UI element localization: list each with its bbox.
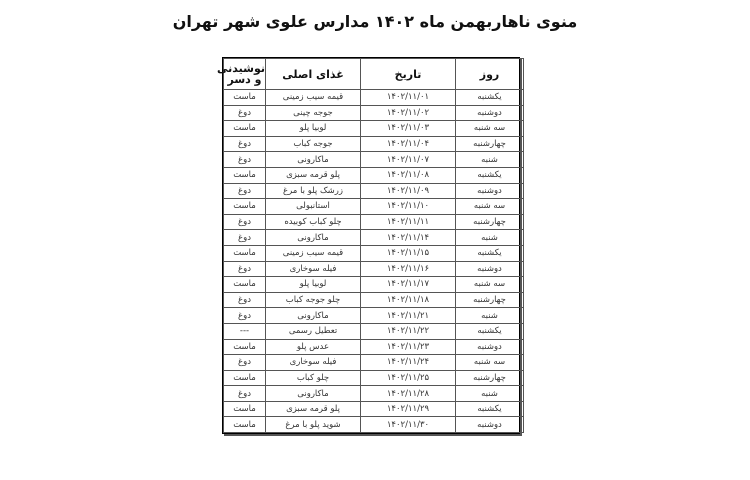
date-cell: ۱۴۰۲/۱۱/۰۲: [361, 105, 456, 121]
table-row: یکشنبه۱۴۰۲/۱۱/۰۱قیمه سیب زمینیماست: [224, 90, 524, 106]
day-cell: دوشنبه: [456, 261, 524, 277]
table-row: شنبه۱۴۰۲/۱۱/۲۱ماکارونیدوغ: [224, 308, 524, 324]
main-food-cell: لوبیا پلو: [266, 277, 361, 293]
header-date: تاریخ: [361, 59, 456, 90]
drink-cell: دوغ: [224, 105, 266, 121]
date-cell: ۱۴۰۲/۱۱/۰۳: [361, 121, 456, 137]
day-cell: یکشنبه: [456, 401, 524, 417]
table-row: یکشنبه۱۴۰۲/۱۱/۲۲تعطیل رسمی---: [224, 323, 524, 339]
date-cell: ۱۴۰۲/۱۱/۲۵: [361, 370, 456, 386]
day-cell: یکشنبه: [456, 323, 524, 339]
drink-cell: دوغ: [224, 136, 266, 152]
drink-cell: دوغ: [224, 308, 266, 324]
drink-cell: ماست: [224, 401, 266, 417]
main-food-cell: جوجه چینی: [266, 105, 361, 121]
table-row: چهارشنبه۱۴۰۲/۱۱/۱۸چلو جوجه کبابدوغ: [224, 292, 524, 308]
drink-cell: دوغ: [224, 292, 266, 308]
date-cell: ۱۴۰۲/۱۱/۲۳: [361, 339, 456, 355]
table-header-row: روز تاریخ غذای اصلی نوشیدنی و دسر: [224, 59, 524, 90]
date-cell: ۱۴۰۲/۱۱/۲۹: [361, 401, 456, 417]
table-row: سه شنبه۱۴۰۲/۱۱/۱۷لوبیا پلوماست: [224, 277, 524, 293]
table-row: چهارشنبه۱۴۰۲/۱۱/۰۴جوجه کبابدوغ: [224, 136, 524, 152]
drink-cell: ماست: [224, 370, 266, 386]
header-day: روز: [456, 59, 524, 90]
main-food-cell: فیله سوخاری: [266, 261, 361, 277]
menu-table-container: روز تاریخ غذای اصلی نوشیدنی و دسر یکشنبه…: [222, 57, 520, 434]
date-cell: ۱۴۰۲/۱۱/۱۵: [361, 245, 456, 261]
table-row: شنبه۱۴۰۲/۱۱/۱۴ماکارونیدوغ: [224, 230, 524, 246]
main-food-cell: فیله سوخاری: [266, 355, 361, 371]
day-cell: سه شنبه: [456, 277, 524, 293]
main-food-cell: جوجه کباب: [266, 136, 361, 152]
date-cell: ۱۴۰۲/۱۱/۲۸: [361, 386, 456, 402]
main-food-cell: پلو قرمه سبزی: [266, 401, 361, 417]
table-row: سه شنبه۱۴۰۲/۱۱/۰۳لوبیا پلوماست: [224, 121, 524, 137]
main-food-cell: قیمه سیب زمینی: [266, 245, 361, 261]
table-row: دوشنبه۱۴۰۲/۱۱/۱۶فیله سوخاریدوغ: [224, 261, 524, 277]
drink-cell: ---: [224, 323, 266, 339]
drink-cell: دوغ: [224, 152, 266, 168]
day-cell: شنبه: [456, 152, 524, 168]
header-main-food: غذای اصلی: [266, 59, 361, 90]
page-title: منوی ناهاربهمن ماه ۱۴۰۲ مدارس علوی شهر ت…: [0, 12, 750, 31]
drink-cell: ماست: [224, 245, 266, 261]
main-food-cell: چلو کباب کوبیده: [266, 214, 361, 230]
day-cell: دوشنبه: [456, 339, 524, 355]
date-cell: ۱۴۰۲/۱۱/۰۱: [361, 90, 456, 106]
header-drink-dessert: نوشیدنی و دسر: [224, 59, 266, 90]
table-row: چهارشنبه۱۴۰۲/۱۱/۲۵چلو کبابماست: [224, 370, 524, 386]
date-cell: ۱۴۰۲/۱۱/۰۴: [361, 136, 456, 152]
drink-cell: دوغ: [224, 214, 266, 230]
drink-cell: ماست: [224, 339, 266, 355]
drink-cell: دوغ: [224, 261, 266, 277]
table-row: دوشنبه۱۴۰۲/۱۱/۳۰شوید پلو با مرغماست: [224, 417, 524, 433]
day-cell: چهارشنبه: [456, 370, 524, 386]
drink-cell: دوغ: [224, 230, 266, 246]
drink-cell: ماست: [224, 417, 266, 433]
main-food-cell: چلو جوجه کباب: [266, 292, 361, 308]
main-food-cell: چلو کباب: [266, 370, 361, 386]
day-cell: سه شنبه: [456, 199, 524, 215]
table-row: سه شنبه۱۴۰۲/۱۱/۱۰استانبولیماست: [224, 199, 524, 215]
date-cell: ۱۴۰۲/۱۱/۲۲: [361, 323, 456, 339]
day-cell: شنبه: [456, 308, 524, 324]
date-cell: ۱۴۰۲/۱۱/۰۷: [361, 152, 456, 168]
day-cell: یکشنبه: [456, 90, 524, 106]
drink-cell: ماست: [224, 90, 266, 106]
main-food-cell: لوبیا پلو: [266, 121, 361, 137]
day-cell: دوشنبه: [456, 417, 524, 433]
date-cell: ۱۴۰۲/۱۱/۱۱: [361, 214, 456, 230]
date-cell: ۱۴۰۲/۱۱/۲۴: [361, 355, 456, 371]
date-cell: ۱۴۰۲/۱۱/۳۰: [361, 417, 456, 433]
drink-cell: ماست: [224, 167, 266, 183]
main-food-cell: ماکارونی: [266, 152, 361, 168]
day-cell: سه شنبه: [456, 121, 524, 137]
table-row: یکشنبه۱۴۰۲/۱۱/۰۸پلو قرمه سبزیماست: [224, 167, 524, 183]
main-food-cell: تعطیل رسمی: [266, 323, 361, 339]
table-row: دوشنبه۱۴۰۲/۱۱/۲۳عدس پلوماست: [224, 339, 524, 355]
main-food-cell: پلو قرمه سبزی: [266, 167, 361, 183]
main-food-cell: ماکارونی: [266, 386, 361, 402]
main-food-cell: زرشک پلو با مرغ: [266, 183, 361, 199]
table-row: دوشنبه۱۴۰۲/۱۱/۰۹زرشک پلو با مرغدوغ: [224, 183, 524, 199]
date-cell: ۱۴۰۲/۱۱/۱۶: [361, 261, 456, 277]
main-food-cell: استانبولی: [266, 199, 361, 215]
day-cell: سه شنبه: [456, 355, 524, 371]
main-food-cell: ماکارونی: [266, 230, 361, 246]
drink-cell: ماست: [224, 277, 266, 293]
table-row: شنبه۱۴۰۲/۱۱/۰۷ماکارونیدوغ: [224, 152, 524, 168]
day-cell: دوشنبه: [456, 183, 524, 199]
date-cell: ۱۴۰۲/۱۱/۲۱: [361, 308, 456, 324]
table-row: شنبه۱۴۰۲/۱۱/۲۸ماکارونیدوغ: [224, 386, 524, 402]
day-cell: شنبه: [456, 386, 524, 402]
date-cell: ۱۴۰۲/۱۱/۱۰: [361, 199, 456, 215]
main-food-cell: عدس پلو: [266, 339, 361, 355]
table-row: سه شنبه۱۴۰۲/۱۱/۲۴فیله سوخاریدوغ: [224, 355, 524, 371]
date-cell: ۱۴۰۲/۱۱/۱۴: [361, 230, 456, 246]
day-cell: شنبه: [456, 230, 524, 246]
drink-cell: دوغ: [224, 355, 266, 371]
day-cell: دوشنبه: [456, 105, 524, 121]
day-cell: یکشنبه: [456, 245, 524, 261]
lunch-menu-table: روز تاریخ غذای اصلی نوشیدنی و دسر یکشنبه…: [223, 58, 524, 433]
drink-cell: دوغ: [224, 386, 266, 402]
day-cell: چهارشنبه: [456, 214, 524, 230]
table-body: یکشنبه۱۴۰۲/۱۱/۰۱قیمه سیب زمینیماستدوشنبه…: [224, 90, 524, 433]
main-food-cell: شوید پلو با مرغ: [266, 417, 361, 433]
table-row: یکشنبه۱۴۰۲/۱۱/۲۹پلو قرمه سبزیماست: [224, 401, 524, 417]
main-food-cell: قیمه سیب زمینی: [266, 90, 361, 106]
date-cell: ۱۴۰۲/۱۱/۱۷: [361, 277, 456, 293]
day-cell: چهارشنبه: [456, 292, 524, 308]
table-row: یکشنبه۱۴۰۲/۱۱/۱۵قیمه سیب زمینیماست: [224, 245, 524, 261]
date-cell: ۱۴۰۲/۱۱/۱۸: [361, 292, 456, 308]
drink-cell: دوغ: [224, 183, 266, 199]
drink-cell: ماست: [224, 199, 266, 215]
table-row: چهارشنبه۱۴۰۲/۱۱/۱۱چلو کباب کوبیدهدوغ: [224, 214, 524, 230]
drink-cell: ماست: [224, 121, 266, 137]
main-food-cell: ماکارونی: [266, 308, 361, 324]
day-cell: چهارشنبه: [456, 136, 524, 152]
day-cell: یکشنبه: [456, 167, 524, 183]
date-cell: ۱۴۰۲/۱۱/۰۹: [361, 183, 456, 199]
date-cell: ۱۴۰۲/۱۱/۰۸: [361, 167, 456, 183]
table-row: دوشنبه۱۴۰۲/۱۱/۰۲جوجه چینیدوغ: [224, 105, 524, 121]
